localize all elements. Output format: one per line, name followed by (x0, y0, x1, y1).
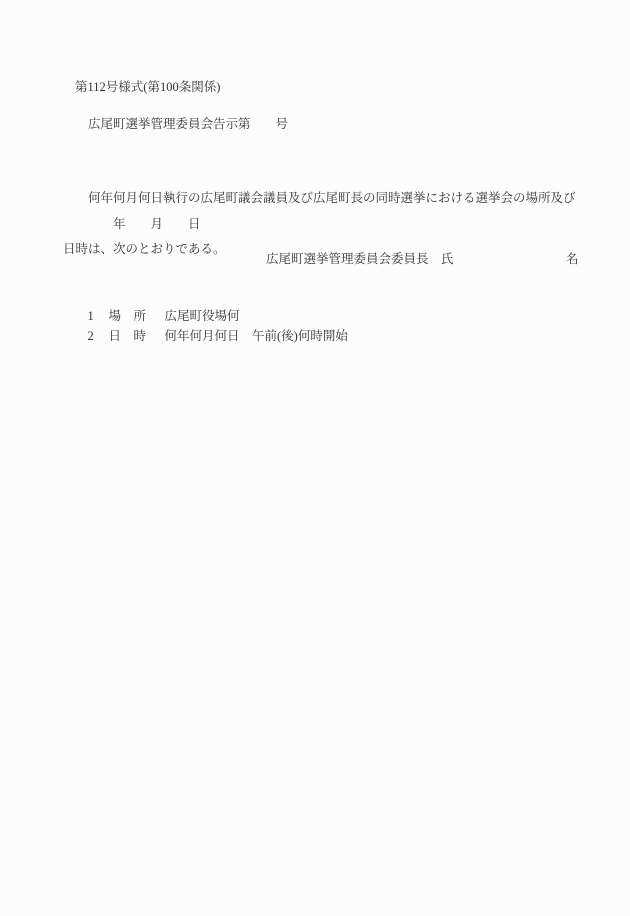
list-item-datetime-label: 日 時 (109, 326, 165, 344)
signature-line: 広尾町選挙管理委員会委員長 氏 名 (266, 252, 579, 266)
document-page: 第112号様式(第100条関係) 広尾町選挙管理委員会告示第 号 何年何月何日執… (0, 0, 630, 916)
list-item-datetime-value: 何年何月何日 午前(後)何時開始 (165, 329, 348, 343)
form-number-line: 第112号様式(第100条関係) (75, 80, 220, 94)
body-line-1: 何年何月何日執行の広尾町議会議員及び広尾町長の同時選挙における選挙会の場所及び (63, 187, 573, 209)
list-item-datetime-number: 2 (88, 329, 109, 344)
list-item-datetime: 2日 時何年何月何日 午前(後)何時開始 (75, 311, 348, 359)
notice-number-line: 広尾町選挙管理委員会告示第 号 (88, 117, 288, 131)
date-line: 年 月 日 (113, 217, 201, 231)
